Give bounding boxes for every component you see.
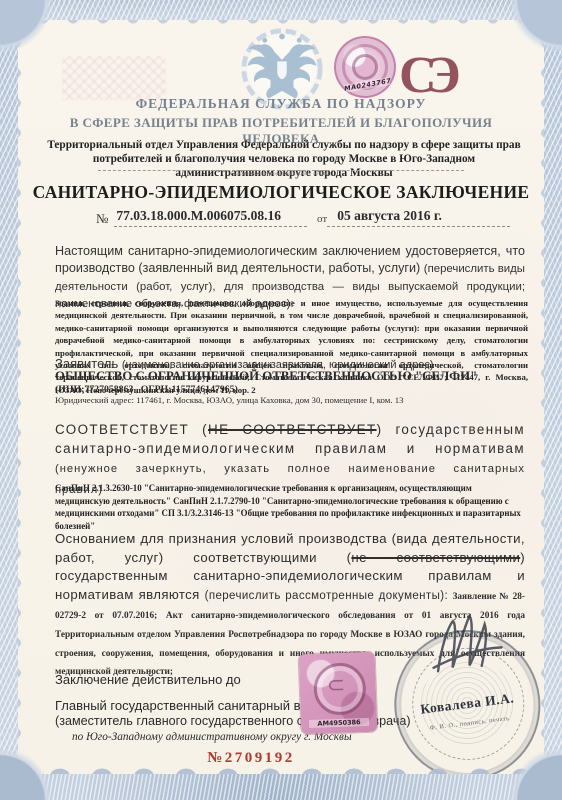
applicant-registration: (ИНН:7727058863 , ОГРН:1157746147965)	[55, 384, 238, 395]
compliance-not-corresponds-struck: НЕ СООТВЕТСТВУЕТ	[208, 422, 377, 437]
border-corner-top-right	[510, 0, 562, 52]
hologram-bottom-code: АМ4950386	[309, 718, 369, 728]
basis-paren-close: )	[520, 550, 525, 565]
number-sign: №	[96, 211, 114, 227]
sanitary-regulations: СанПиН 2.1.3.2630-10 "Санитарно-эпидемио…	[55, 482, 528, 532]
document-title: САНИТАРНО-ЭПИДЕМИОЛОГИЧЕСКОЕ ЗАКЛЮЧЕНИЕ	[20, 182, 542, 203]
hologram-stamp-top-icon: МА0243767	[331, 33, 399, 101]
applicant-name: ОБЩЕСТВО С ОГРАНИЧЕННОЙ ОТВЕТСТВЕННОСТЬЮ…	[55, 369, 477, 384]
basis-struck: не соответствующими	[351, 550, 520, 565]
pink-watermark	[62, 56, 166, 100]
territorial-underline	[98, 170, 464, 171]
compliance-paren-close: )	[377, 422, 383, 437]
applicant-legal-address: Юридический адрес: 117461, г. Москва, ЮЗ…	[55, 395, 404, 405]
certificate-number: 77.03.18.000.М.006075.08.16	[114, 208, 307, 227]
hologram-bottom-ring	[313, 662, 367, 716]
chief-doctor-label: Главный государственный санитарный врач	[55, 698, 321, 713]
signature-icon	[417, 600, 519, 695]
certificate-date: 05 августа 2016 г.	[327, 208, 510, 227]
border-right	[544, 0, 562, 800]
valid-until-label: Заключение действительно до	[55, 672, 241, 687]
border-bottom	[0, 774, 562, 800]
border-left	[0, 0, 18, 800]
border-top	[0, 0, 562, 20]
certificate-page: МА0243767 СЭ ФЕДЕРАЛЬНАЯ СЛУЖБА ПО НАДЗО…	[0, 0, 562, 800]
border-corner-top-left	[0, 0, 52, 52]
agency-line1: ФЕДЕРАЛЬНАЯ СЛУЖБА ПО НАДЗОРУ	[36, 96, 526, 112]
from-label: от	[317, 213, 327, 227]
number-row: № 77.03.18.000.М.006075.08.16 от 05 авгу…	[96, 208, 510, 227]
territorial-caption: (наименование территориального органа)	[98, 172, 464, 177]
compliance-corresponds: СООТВЕТСТВУЕТ	[55, 422, 189, 437]
hologram-stamp-bottom-icon: АМ4950386	[299, 652, 378, 735]
hologram-ring	[351, 53, 380, 82]
basis-note: (перечислить рассмотренные документы):	[205, 590, 453, 602]
